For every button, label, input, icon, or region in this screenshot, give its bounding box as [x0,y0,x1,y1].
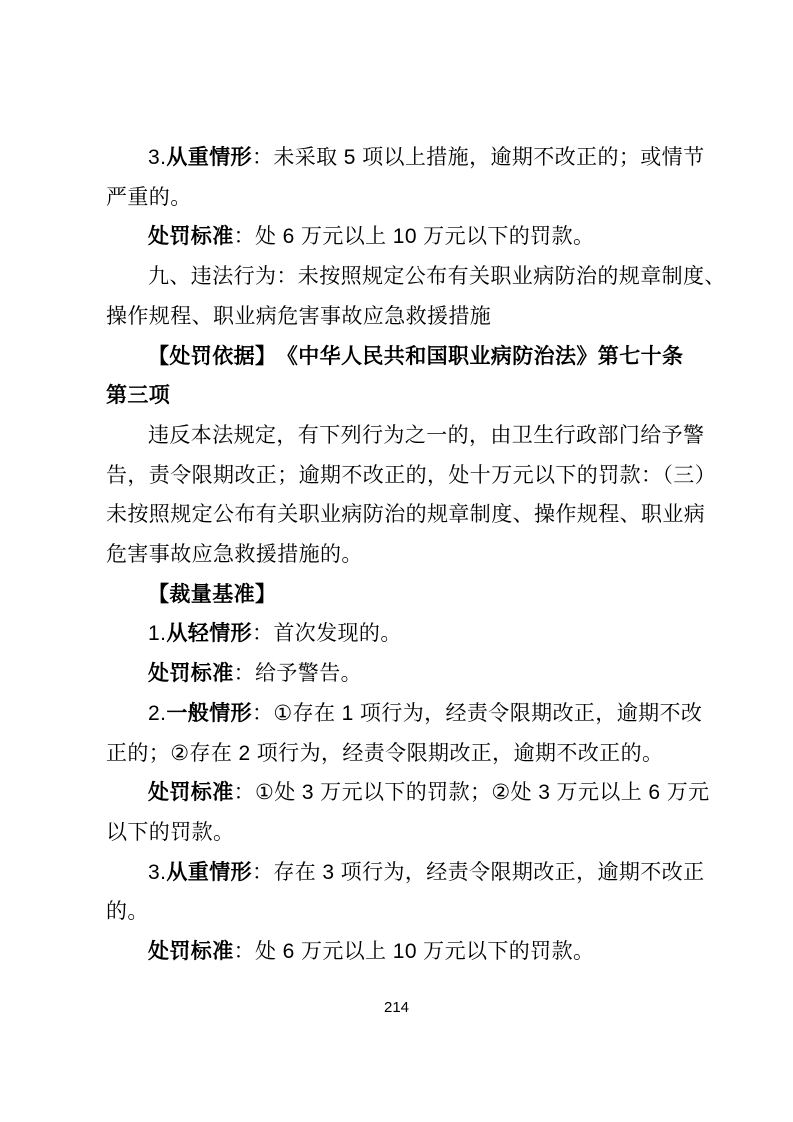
bold-text-run: 处罚标准 [148,225,234,248]
text-line-penalty-basis-heading-2: 第三项 [106,376,710,416]
text-line-lenient-circumstance: 1.从轻情形：首次发现的。 [106,614,710,654]
text-run: 正的；②存在 2 项行为，经责令限期改正，逾期不改正的。 [106,742,663,765]
bold-text-run: 处罚标准 [148,662,234,685]
text-line-penalty-basis-heading-1: 【处罚依据】 《中华人民共和国职业病防治法》第七十条 [106,337,710,377]
page-number: 214 [0,998,793,1018]
text-line-item-aggravated-circumstance-prev-2: 严重的。 [106,178,710,218]
text-run: 操作规程、职业病危害事故应急救援措施 [106,305,491,328]
text-line-violation-item-nine-1: 九、违法行为：未按照规定公布有关职业病防治的规章制度、 [106,257,710,297]
text-run: ：①存在 1 项行为，经责令限期改正，逾期不改 [252,702,702,725]
bold-text-run: 处罚标准 [148,940,234,963]
bold-text-run: 【处罚依据】 《中华人民共和国职业病防治法》第七十条 [148,345,683,368]
text-line-item-aggravated-circumstance-prev-1: 3.从重情形：未采取 5 项以上措施，逾期不改正的；或情节 [106,138,710,178]
text-run: 3. [148,146,166,169]
text-run: 的。 [106,900,149,923]
text-line-law-citation-text-2: 告，责令限期改正；逾期不改正的，处十万元以下的罚款：（三） [106,456,710,496]
text-run: ：存在 3 项行为，经责令限期改正，逾期不改正 [252,861,705,884]
text-line-penalty-standard-lenient: 处罚标准：给予警告。 [106,654,710,694]
text-run: ：处 6 万元以上 10 万元以下的罚款。 [234,940,595,963]
text-line-penalty-standard-prev: 处罚标准：处 6 万元以上 10 万元以下的罚款。 [106,217,710,257]
text-line-aggravated-circumstance-1: 3.从重情形：存在 3 项行为，经责令限期改正，逾期不改正 [106,853,710,893]
document-body: 3.从重情形：未采取 5 项以上措施，逾期不改正的；或情节严重的。处罚标准：处 … [106,138,710,972]
text-run: 违反本法规定，有下列行为之一的，由卫生行政部门给予警 [148,424,704,447]
text-run: 3. [148,861,166,884]
text-run: ：首次发现的。 [252,622,402,645]
text-line-penalty-standard-aggravated: 处罚标准：处 6 万元以上 10 万元以下的罚款。 [106,932,710,972]
document-page: 3.从重情形：未采取 5 项以上措施，逾期不改正的；或情节严重的。处罚标准：处 … [0,0,793,1122]
text-line-aggravated-circumstance-2: 的。 [106,892,710,932]
text-line-penalty-standard-general-1: 处罚标准：①处 3 万元以下的罚款；②处 3 万元以上 6 万元 [106,773,710,813]
bold-text-run: 一般情形 [166,702,252,725]
text-line-law-citation-text-1: 违反本法规定，有下列行为之一的，由卫生行政部门给予警 [106,416,710,456]
text-run: 危害事故应急救援措施的。 [106,543,363,566]
bold-text-run: 从重情形 [166,861,252,884]
text-run: ：未采取 5 项以上措施，逾期不改正的；或情节 [252,146,705,169]
text-run: 告，责令限期改正；逾期不改正的，处十万元以下的罚款：（三） [106,464,716,487]
text-run: ：处 6 万元以上 10 万元以下的罚款。 [234,225,595,248]
bold-text-run: 从重情形 [166,146,252,169]
text-line-general-circumstance-1: 2.一般情形：①存在 1 项行为，经责令限期改正，逾期不改 [106,694,710,734]
text-line-discretion-benchmark-heading: 【裁量基准】 [106,575,710,615]
bold-text-run: 【裁量基准】 [148,583,276,606]
text-run: ：给予警告。 [234,662,362,685]
bold-text-run: 第三项 [106,384,170,407]
text-run: 未按照规定公布有关职业病防治的规章制度、操作规程、职业病 [106,503,705,526]
text-line-law-citation-text-4: 危害事故应急救援措施的。 [106,535,710,575]
bold-text-run: 处罚标准 [148,781,234,804]
text-run: 九、违法行为：未按照规定公布有关职业病防治的规章制度、 [148,265,726,288]
text-run: 严重的。 [106,186,192,209]
bold-text-run: 从轻情形 [166,622,252,645]
text-run: 2. [148,702,166,725]
text-line-law-citation-text-3: 未按照规定公布有关职业病防治的规章制度、操作规程、职业病 [106,495,710,535]
text-line-penalty-standard-general-2: 以下的罚款。 [106,813,710,853]
text-line-general-circumstance-2: 正的；②存在 2 项行为，经责令限期改正，逾期不改正的。 [106,734,710,774]
text-line-violation-item-nine-2: 操作规程、职业病危害事故应急救援措施 [106,297,710,337]
text-run: 以下的罚款。 [106,821,234,844]
text-run: 1. [148,622,166,645]
text-run: ：①处 3 万元以下的罚款；②处 3 万元以上 6 万元 [234,781,710,804]
